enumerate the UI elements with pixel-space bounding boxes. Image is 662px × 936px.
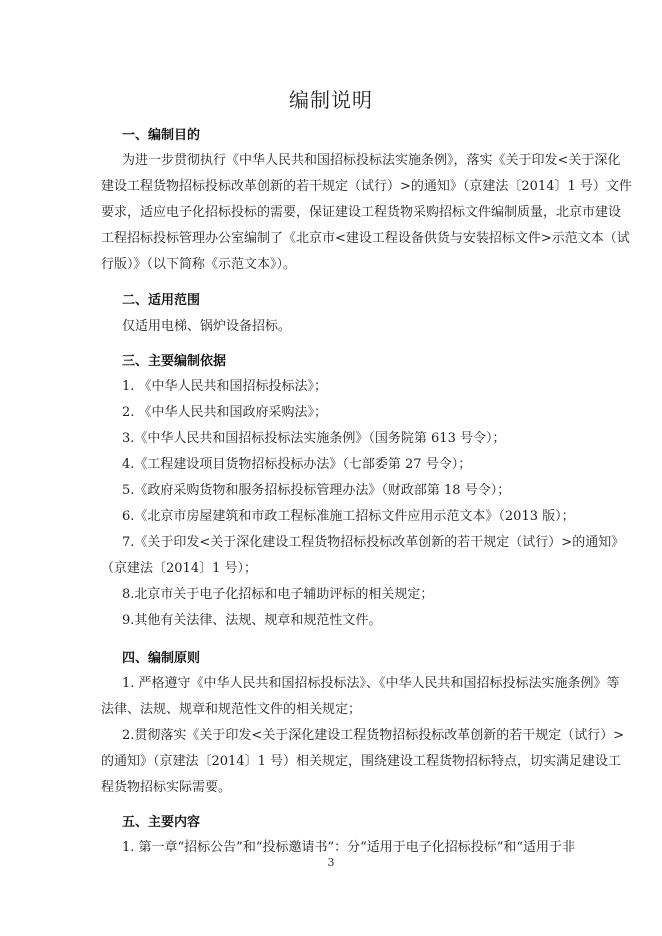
paragraph-line: 工程招标投标管理办公室编制了《北京市<建设工程设备供货与安装招标文件>示范文本（… — [101, 231, 561, 247]
list-item: 8.北京市关于电子化招标和电子辅助评标的相关规定； — [122, 587, 433, 603]
paragraph-line: 的通知》（京建法〔2014〕1 号）相关规定，围绕建设工程货物招标特点，切实满足… — [101, 754, 561, 770]
list-item: 9.其他有关法律、法规、规章和规范性文件。 — [122, 613, 381, 629]
section-heading-contents: 五、主要内容 — [122, 815, 200, 831]
paragraph-line: 仅适用电梯、锅炉设备招标。 — [122, 319, 291, 335]
paragraph-line: 1. 严格遵守《中华人民共和国招标投标法》、《中华人民共和国招标投标法实施条例》… — [122, 676, 561, 692]
list-item: 6.《北京市房屋建筑和市政工程标准施工招标文件应用示范文本》（2013 版）； — [122, 509, 575, 525]
paragraph-line: 1. 第一章“招标公告”和“投标邀请书”：分“适用于电子化招标投标”和“适用于非 — [122, 840, 561, 856]
list-item: 2. 《中华人民共和国政府采购法》； — [122, 405, 327, 421]
list-item: 7.《关于印发<关于深化建设工程货物招标投标改革创新的若干规定（试行）>的通知》 — [122, 535, 561, 551]
paragraph-line: 为进一步贯彻执行《中华人民共和国招标投标法实施条例》，落实《关于印发<关于深化 — [122, 153, 561, 169]
section-heading-basis: 三、主要编制依据 — [122, 354, 226, 370]
page-number: 3 — [0, 856, 662, 869]
paragraph-line: 2.贯彻落实《关于印发<关于深化建设工程货物招标投标改革创新的若干规定（试行）> — [122, 728, 561, 744]
section-heading-principles: 四、编制原则 — [122, 651, 200, 667]
list-item: 3.《中华人民共和国招标投标法实施条例》（国务院第 613 号令）； — [122, 431, 505, 447]
paragraph-line: 程货物招标实际需要。 — [101, 780, 231, 796]
paragraph-line: 要求，适应电子化招标投标的需要，保证建设工程货物采购招标文件编制质量，北京市建设 — [101, 205, 561, 221]
list-item: 5.《政府采购货物和服务招标投标管理办法》（财政部第 18 号令）； — [122, 483, 510, 499]
list-item: 4.《工程建设项目货物招标投标办法》（七部委第 27 号令）； — [122, 457, 471, 473]
paragraph-line: 法律、法规、规章和规范性文件的相关规定； — [101, 702, 361, 718]
page-title: 编制说明 — [0, 84, 662, 113]
paragraph-line: 建设工程货物招标投标改革创新的若干规定（试行）>的通知》（京建法〔2014〕1 … — [101, 179, 561, 195]
document-page: 编制说明 一、编制目的 为进一步贯彻执行《中华人民共和国招标投标法实施条例》，落… — [0, 0, 662, 936]
paragraph-line: 行版）》（以下简称《示范文本》）。 — [101, 257, 296, 273]
list-item: 1. 《中华人民共和国招标投标法》； — [122, 379, 327, 395]
section-heading-scope: 二、适用范围 — [122, 293, 200, 309]
section-heading-purpose: 一、编制目的 — [122, 128, 200, 144]
list-item-continuation: （京建法〔2014〕1 号）； — [101, 561, 257, 577]
